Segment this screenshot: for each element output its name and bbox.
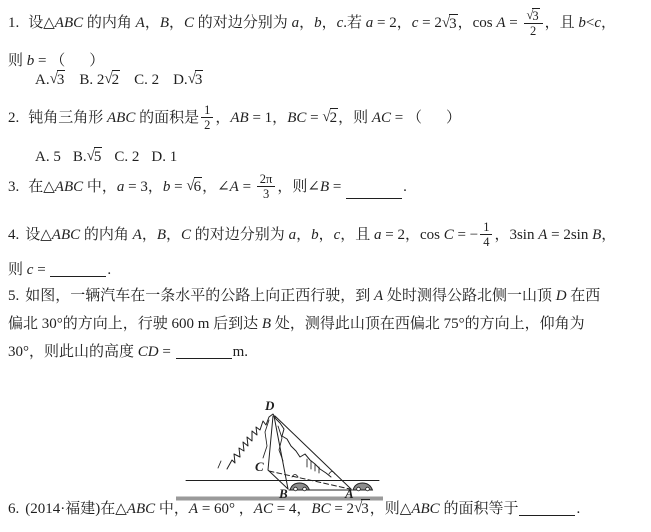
- problem-1-choices: A.√3B. 2√2C. 2D.√3: [35, 70, 203, 90]
- line-D-C: [268, 416, 273, 470]
- figure-label-D: D: [264, 398, 275, 413]
- problem-4-line-2: 则 c = .: [8, 261, 111, 280]
- problem-2-line-1: 2.钝角三角形 ABC 的面积是12，AB = 1，BC = √2，则 AC =…: [8, 103, 461, 133]
- figure-label-C: C: [255, 459, 264, 474]
- problem-6-line-1: 6.(2014·福建)在△ABC 中，A = 60° ，AC = 4，BC = …: [8, 499, 580, 519]
- car-icon-near-B: [290, 483, 310, 491]
- car-icon-near-A: [353, 483, 373, 491]
- problem-4-line-1: 4.设△ABC 的内角 A，B，C 的对边分别为 a，b，c，且 a = 2，c…: [8, 220, 616, 250]
- mountain-bushes: [292, 472, 335, 478]
- problem-2-choices: A. 5B.√5C. 2D. 1: [35, 147, 177, 167]
- problem-1-line-2: 则 b = （）: [8, 52, 104, 71]
- mountain-detail-left: [263, 420, 269, 458]
- mountain-figure: D C B A: [170, 383, 390, 505]
- worksheet-page: 1.设△ABC 的内角 A，B，C 的对边分别为 a，b，c.若 a = 2，c…: [0, 0, 651, 532]
- problem-5-line-1: 5.如图，一辆汽车在一条水平的公路上向正西行驶，到 A 处时测得公路北侧一山顶 …: [8, 287, 600, 306]
- problem-5-line-3: 30°，则此山的高度 CD = m.: [8, 343, 248, 362]
- problem-1-line-1: 1.设△ABC 的内角 A，B，C 的对边分别为 a，b，c.若 a = 2，c…: [8, 8, 616, 39]
- mountain-detail-right: [278, 426, 283, 461]
- problem-3-line-1: 3.在△ABC 中，a = 3，b = √6，∠A = 2π3，则∠B = .: [8, 172, 407, 202]
- problem-5-line-2: 偏北 30°的方向上，行驶 600 m 后到达 B 处，测得此山顶在西偏北 75…: [8, 315, 585, 334]
